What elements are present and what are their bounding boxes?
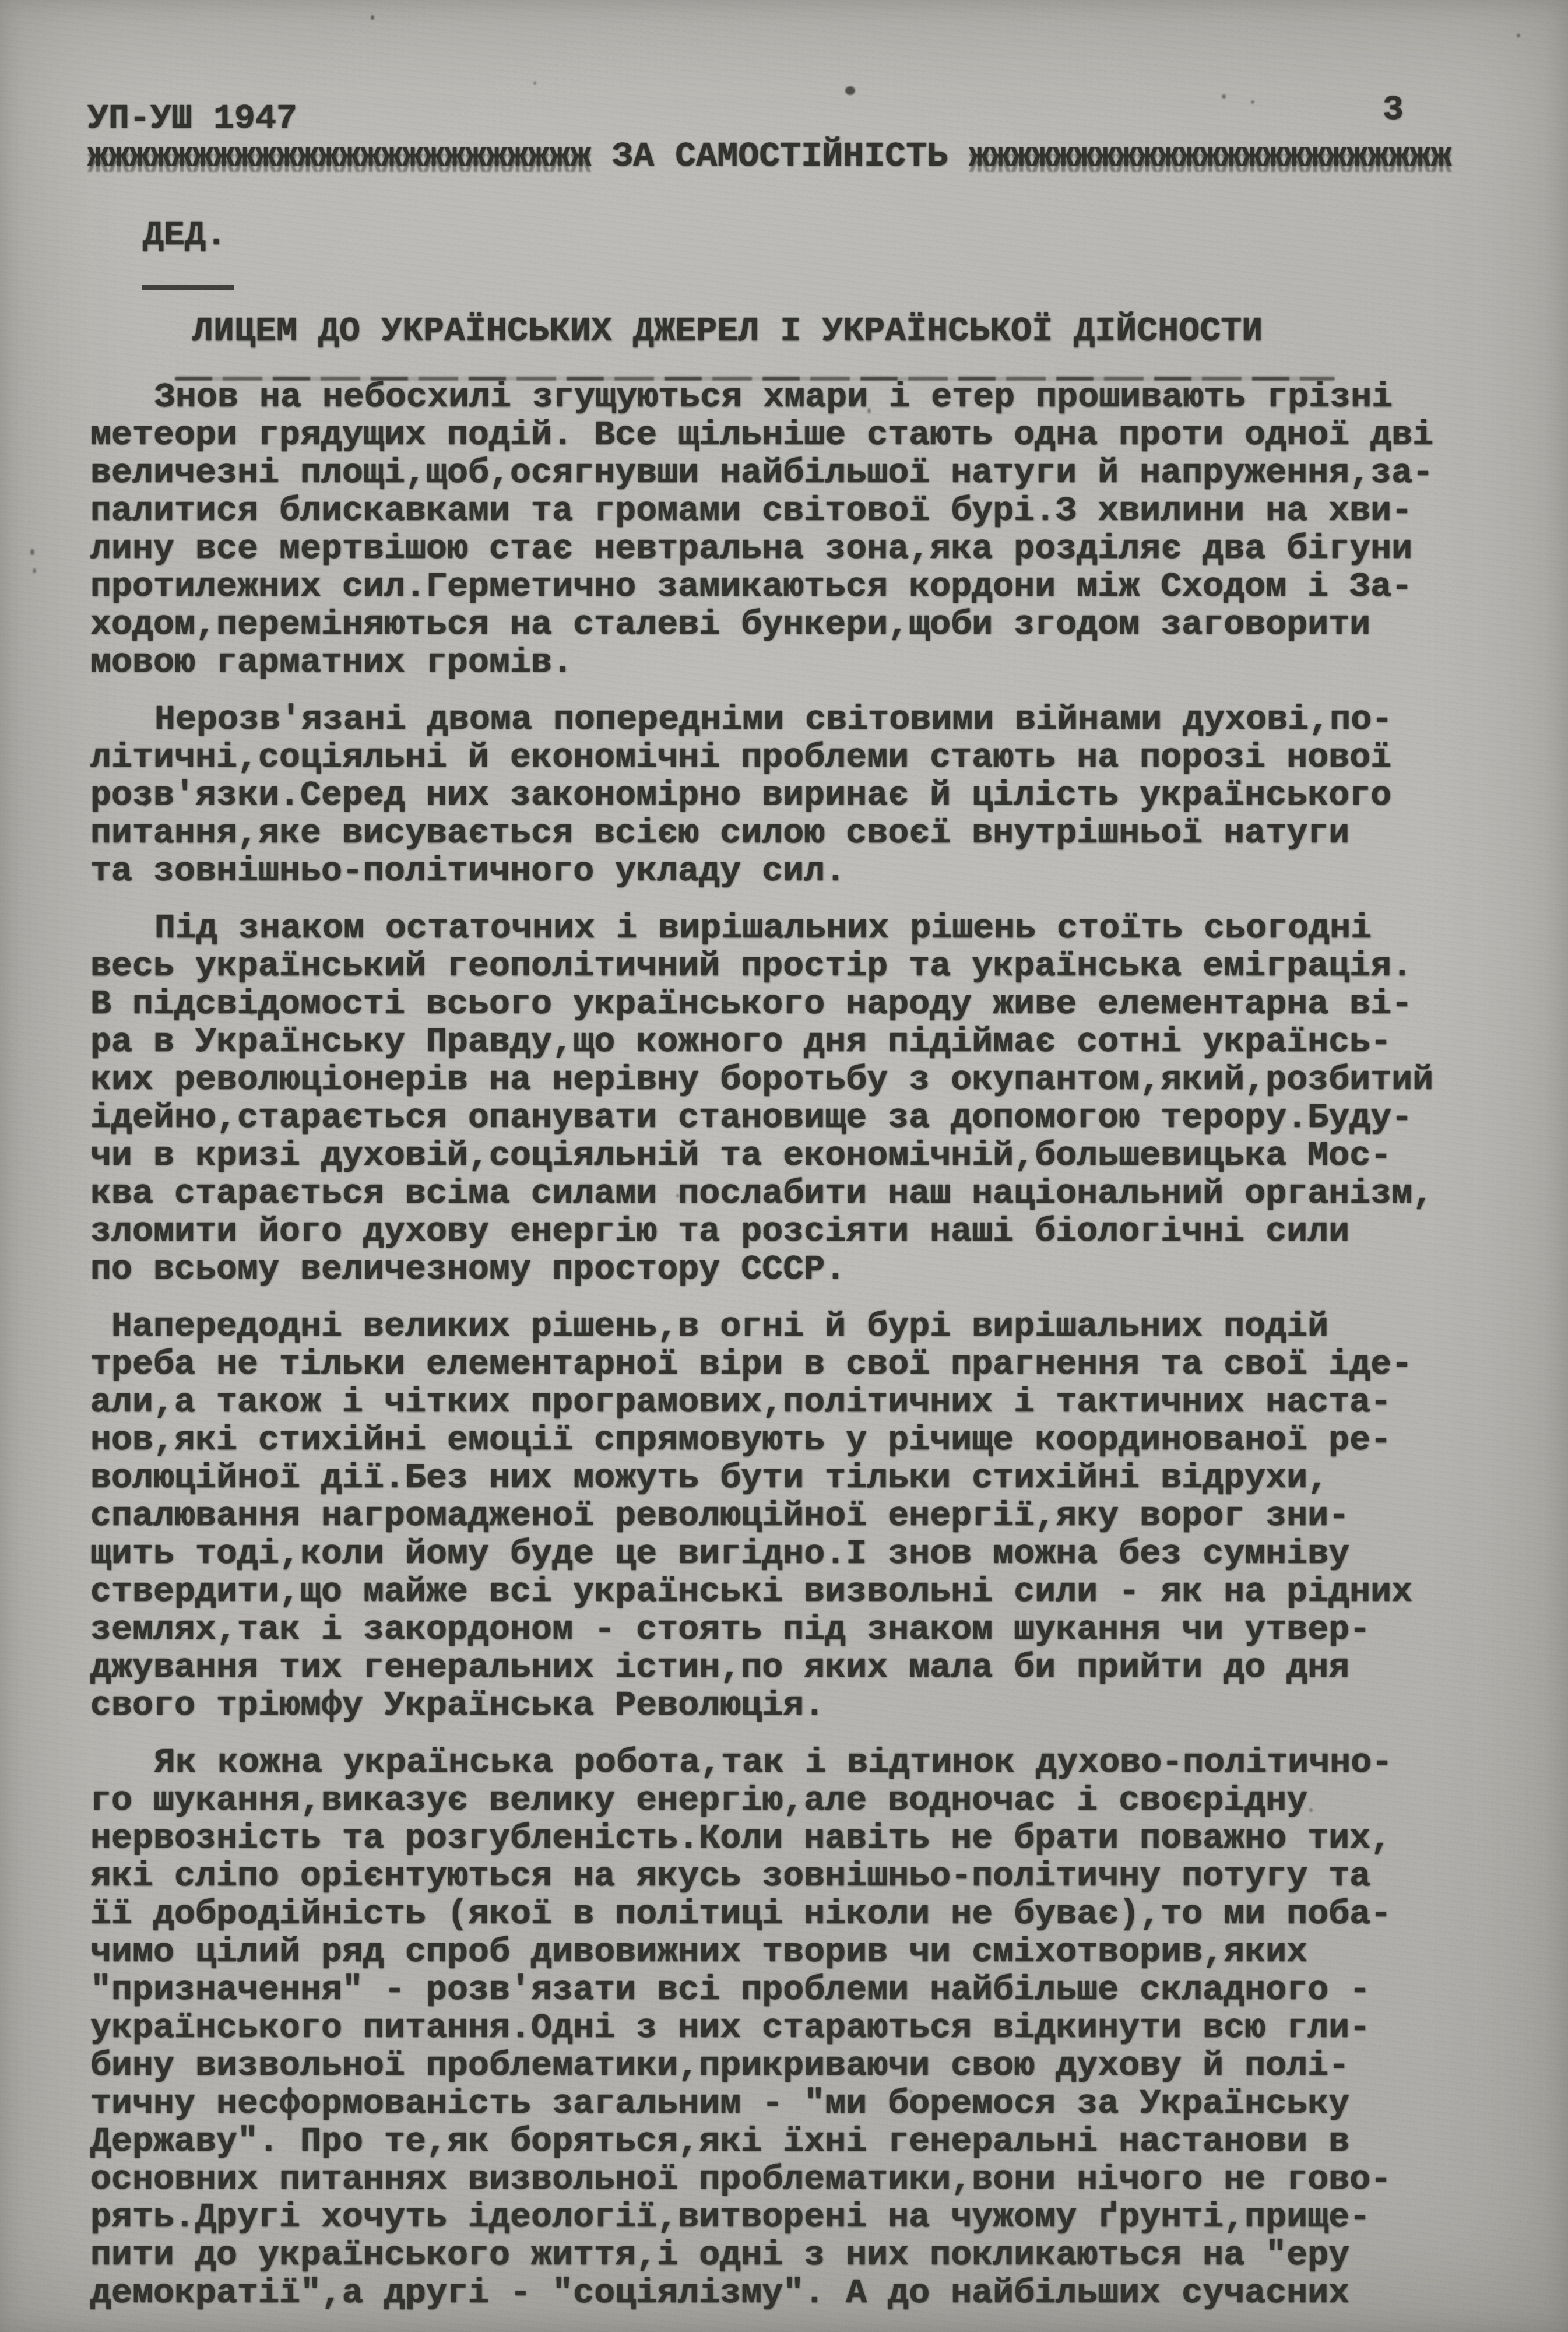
ink-speck [371,15,374,20]
ink-speck [845,86,855,95]
paragraph-2: Нерозв'язані двома попередніми світовими… [90,701,1548,891]
ink-speck [249,1012,254,1015]
masthead-title: ЗА САМОСТІЙНІСТЬ [612,137,948,177]
masthead: жжжжжжжжжжжжжжжжжжжжжжжж ЗА САМОСТІЙНІСТ… [87,138,1451,176]
ink-speck [533,82,536,85]
ink-speck [33,568,36,573]
paragraph-3: Під знаком остаточних і вирішальних ріше… [90,910,1548,1289]
ink-speck [1222,94,1226,99]
paragraph-4: Напередодні великих рішень,в огні й бурі… [90,1308,1548,1725]
paragraph-5: Як кожна українська робота,так і відтино… [90,1744,1548,2313]
ink-speck [867,408,871,413]
issue-label: УП-УШ 1947 [87,100,297,138]
article-title: ЛИЦЕМ ДО УКРАЇНСЬКИХ ДЖЕРЕЛ І УКРАЇНСЬКО… [192,313,1263,351]
ink-speck [1309,1808,1313,1812]
ink-speck [356,1515,359,1518]
article-body: Знов на небосхилі згущуються хмари і ете… [90,379,1548,2332]
ink-speck [676,1194,679,1197]
ink-speck [30,549,34,555]
ink-speck [1517,34,1520,37]
scanned-document-page: УП-УШ 1947 3 жжжжжжжжжжжжжжжжжжжжжжжж ЗА… [0,0,1568,2332]
paragraph-1: Знов на небосхилі згущуються хмари і ете… [90,379,1548,682]
ink-speck [909,2090,912,2093]
ink-speck [412,2295,415,2298]
ink-speck [143,803,147,807]
masthead-right-fill: жжжжжжжжжжжжжжжжжжжжжжж [969,137,1451,177]
page-number: 3 [1383,92,1404,129]
ink-speck [1251,100,1254,104]
author-initials: ДЕД. [142,217,234,290]
masthead-left-fill: жжжжжжжжжжжжжжжжжжжжжжжж [87,137,591,177]
